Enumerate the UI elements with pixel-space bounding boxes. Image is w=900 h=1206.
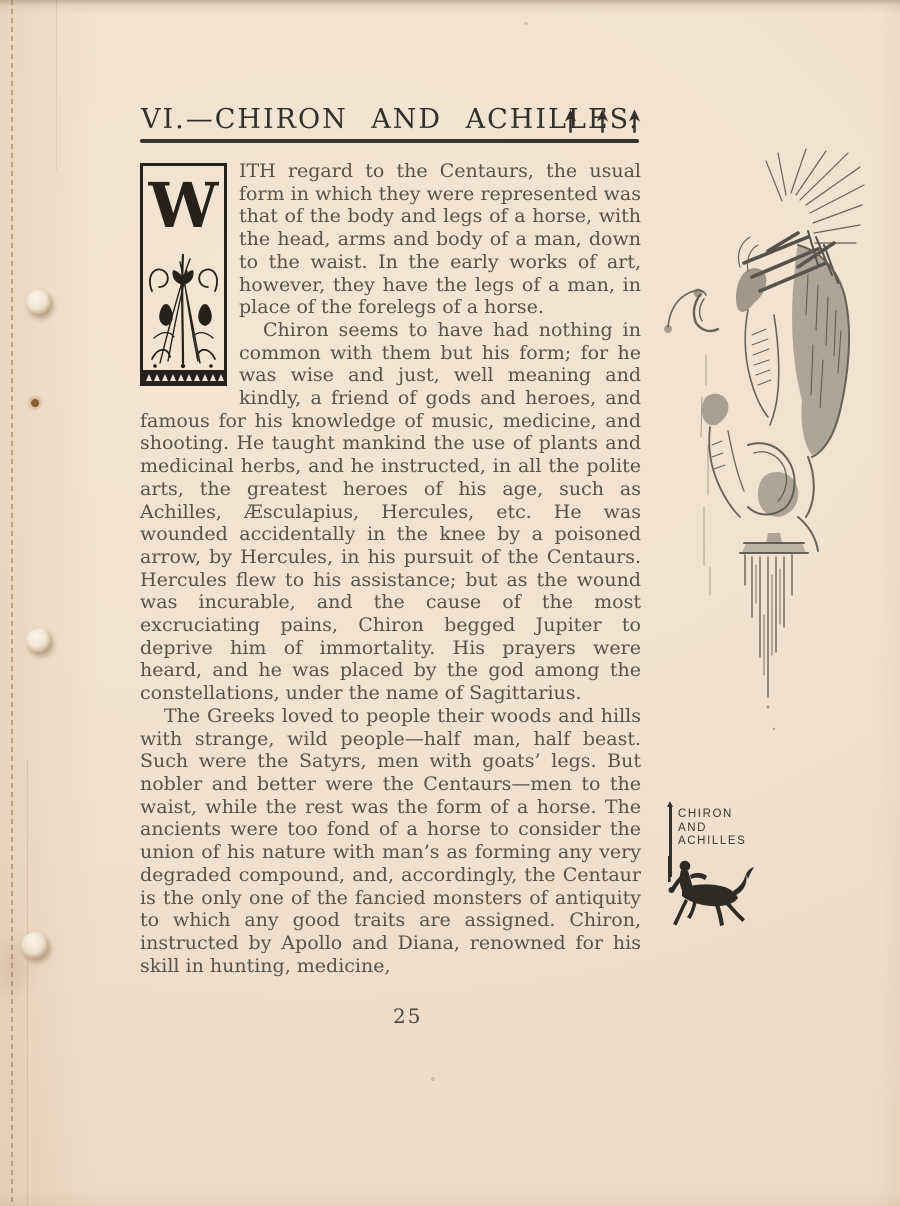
book-page: VI.—CHIRON AND ACHILLES. <box>0 0 900 1206</box>
centaur-silhouette-icon <box>648 856 768 941</box>
caption-line: ACHILLES <box>678 835 746 849</box>
title-ornaments <box>563 109 642 134</box>
chiron-achilles-sketch <box>648 145 873 740</box>
binding-rivet <box>26 290 52 316</box>
title-underline-rule <box>140 139 639 143</box>
page-number: 25 <box>393 1004 422 1028</box>
figure-caption: CHIRON AND ACHILLES <box>678 808 746 849</box>
caption-line: AND <box>678 822 746 836</box>
pin-hole <box>31 399 39 407</box>
up-arrow-icon <box>563 109 578 134</box>
paragraph-3: The Greeks loved to people their woods a… <box>140 705 641 977</box>
binding-rivet <box>26 628 52 654</box>
drop-cap-letter: W <box>148 169 220 242</box>
binding-stitch-line <box>11 0 13 1206</box>
caption-line: CHIRON <box>678 808 746 822</box>
decorative-initial-w: W <box>140 163 227 386</box>
paper-speck <box>431 1077 435 1081</box>
paper-speck <box>524 22 528 25</box>
body-text-column: W ITH regard to the Centaurs, the usual … <box>140 160 641 977</box>
paper-crease <box>56 0 57 170</box>
up-arrow-icon <box>627 109 642 134</box>
up-arrow-icon <box>595 109 610 134</box>
